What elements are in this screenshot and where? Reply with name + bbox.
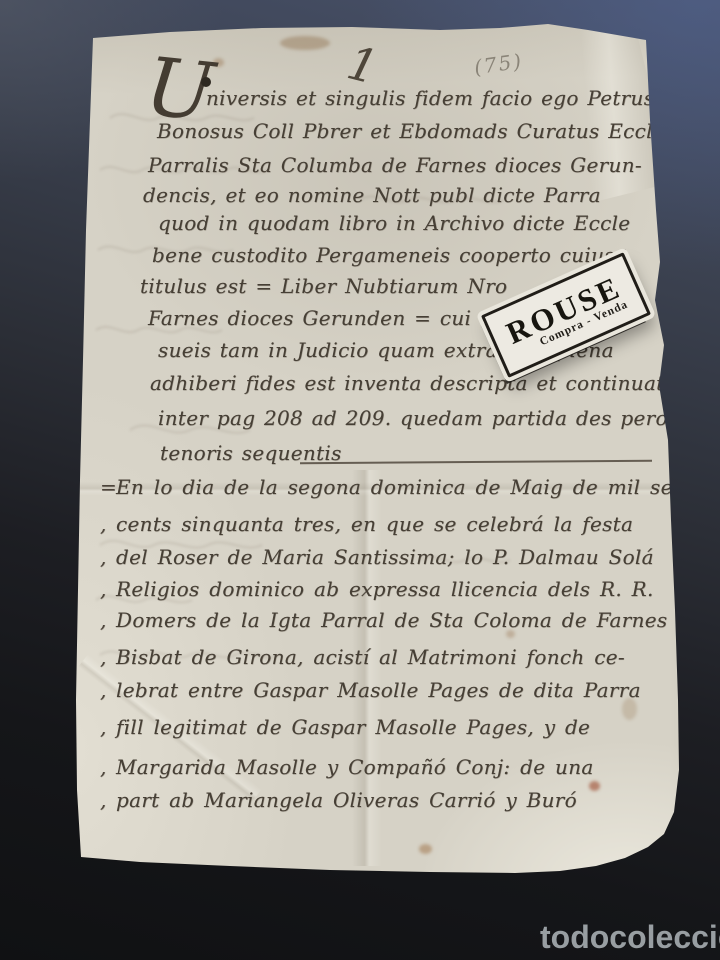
margin-mark: , — [100, 678, 116, 702]
line-text: part ab Mariangela Oliveras Carrió y Bur… — [116, 788, 577, 812]
manuscript-line: Farnes dioces Gerunden = cui et — [148, 306, 500, 330]
manuscript-line: inter pag 208 ad 209. quedam partida des… — [158, 406, 693, 430]
photo-background: 1 (75) U niversis et singulis fidem faci… — [0, 0, 720, 960]
margin-mark: , — [100, 512, 116, 536]
manuscript-line: dencis, et eo nomine Nott publ dicte Par… — [143, 183, 601, 207]
manuscript-line: ,fill legitimat de Gaspar Masolle Pages,… — [100, 715, 590, 739]
line-text: Religios dominico ab expressa llicencia … — [116, 577, 654, 601]
manuscript-line: titulus est = Liber Nubtiarum Nro — [140, 274, 507, 298]
margin-mark: , — [100, 715, 116, 739]
manuscript-line: ,part ab Mariangela Oliveras Carrió y Bu… — [100, 788, 577, 812]
manuscript-line: ,Religios dominico ab expressa llicencia… — [100, 577, 654, 601]
line-text: Bisbat de Girona, acistí al Matrimoni fo… — [116, 645, 625, 669]
manuscript-line: ,cents sinquanta tres, en que se celebrá… — [100, 512, 633, 536]
manuscript-line: ,del Roser de Maria Santissima; lo P. Da… — [100, 545, 654, 569]
manuscript-line: ,Bisbat de Girona, acistí al Matrimoni f… — [100, 645, 625, 669]
margin-mark: , — [100, 545, 116, 569]
manuscript-line: quod in quodam libro in Archivo dicte Ec… — [158, 211, 630, 235]
line-text: Domers de la Igta Parral de Sta Coloma d… — [116, 608, 667, 632]
line-text: lebrat entre Gaspar Masolle Pages de dit… — [116, 678, 641, 702]
manuscript-line: adhiberi fides est inventa descripta et … — [150, 371, 677, 395]
manuscript-line: ,Margarida Masolle y Compañó Conj: de un… — [100, 755, 594, 779]
line-text: fill legitimat de Gaspar Masolle Pages, … — [116, 715, 590, 739]
manuscript-line: Parralis Sta Columba de Farnes dioces Ge… — [148, 153, 642, 177]
line-text: del Roser de Maria Santissima; lo P. Dal… — [116, 545, 654, 569]
manuscript-line: niversis et singulis fidem facio ego Pet… — [206, 86, 654, 110]
margin-mark: , — [100, 577, 116, 601]
line-text: Margarida Masolle y Compañó Conj: de una — [116, 755, 594, 779]
manuscript-line: Bonosus Coll Pbrer et Ebdomads Curatus E… — [157, 119, 665, 143]
margin-mark: , — [100, 645, 116, 669]
margin-mark: , — [100, 788, 116, 812]
manuscript-page: 1 (75) U niversis et singulis fidem faci… — [0, 0, 720, 960]
margin-mark: , — [100, 755, 116, 779]
line-text: cents sinquanta tres, en que se celebrá … — [116, 512, 633, 536]
line-text: En lo dia de la segona dominica de Maig … — [116, 475, 681, 499]
manuscript-line: bene custodito Pergameneis cooperto cuiu… — [152, 243, 615, 267]
margin-mark: = — [100, 475, 116, 499]
todocoleccion-watermark: todocoleccion — [540, 919, 720, 956]
manuscript-line: ,Domers de la Igta Parral de Sta Coloma … — [100, 608, 667, 632]
margin-mark: , — [100, 608, 116, 632]
manuscript-line: =En lo dia de la segona dominica de Maig… — [100, 475, 681, 499]
manuscript-line: ,lebrat entre Gaspar Masolle Pages de di… — [100, 678, 641, 702]
